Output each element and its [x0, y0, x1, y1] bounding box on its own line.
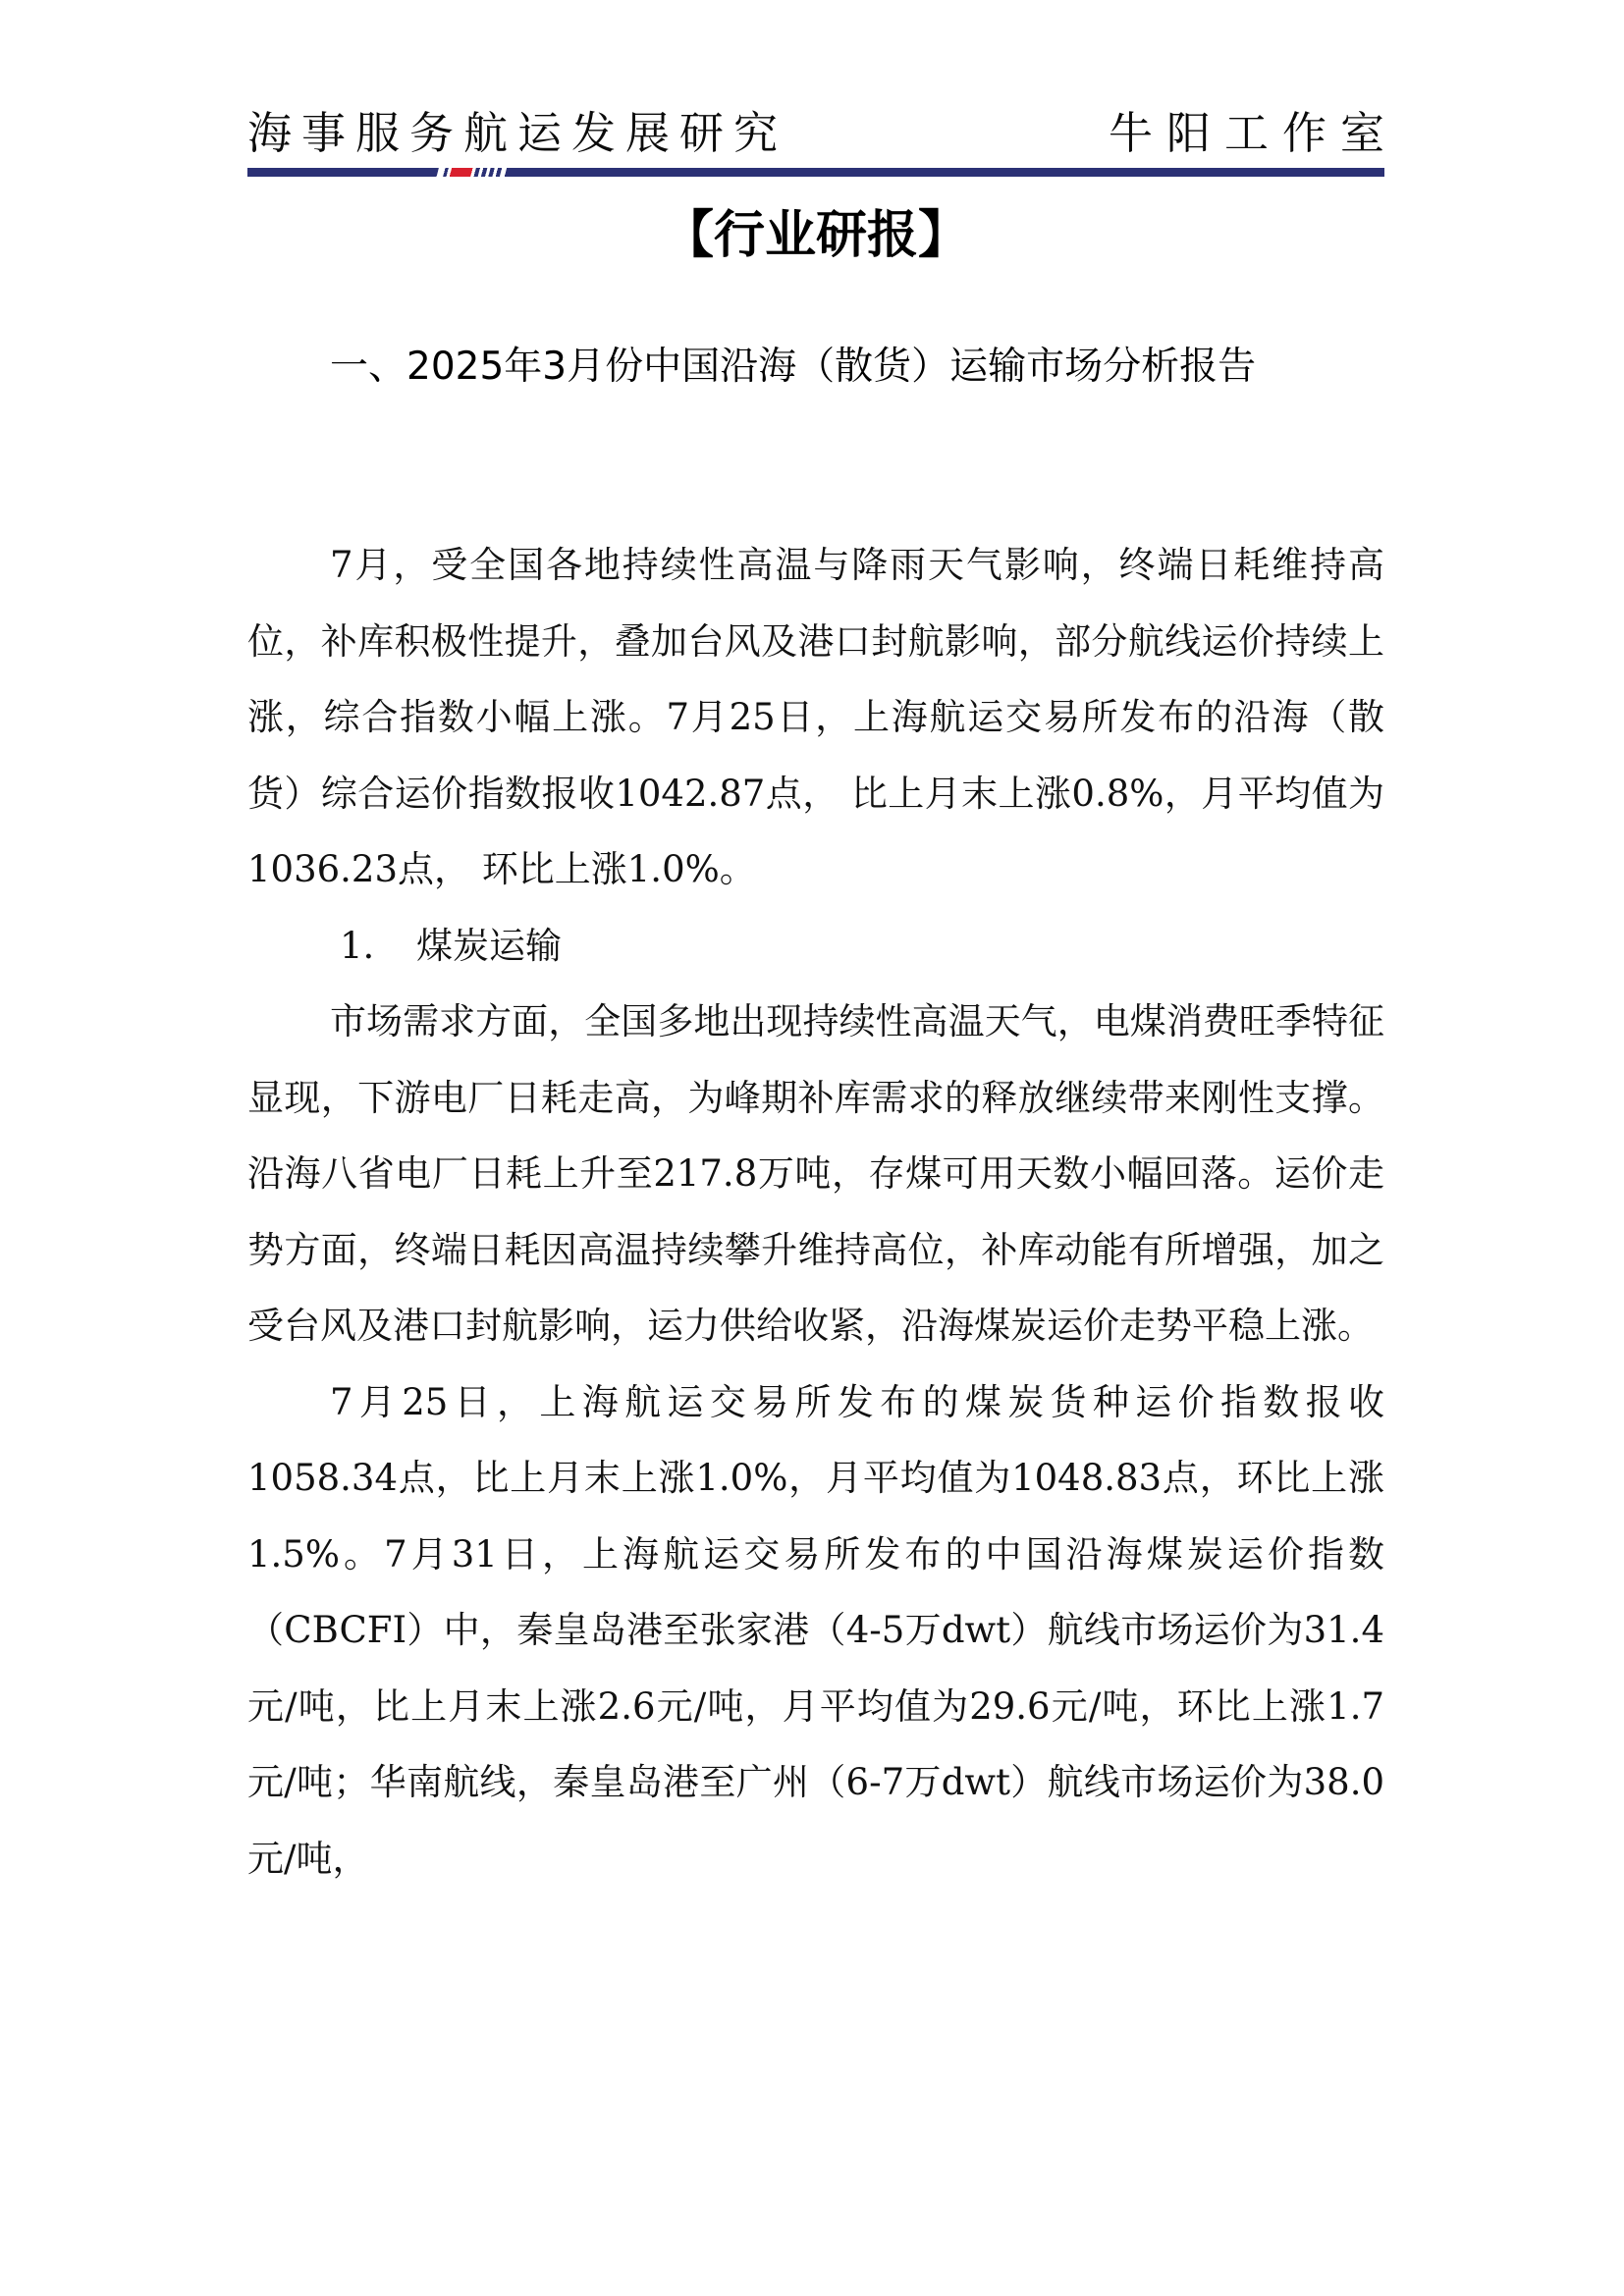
running-header: 海事服务航运发展研究 牛阳工作室	[247, 96, 1384, 155]
document-title: 【行业研报】	[247, 201, 1384, 270]
subsection-heading: 1.煤炭运输	[247, 908, 1384, 985]
subsection-number: 1.	[340, 908, 416, 985]
header-rule-accent-stripes	[434, 168, 513, 177]
document-body: 7月，受全国各地持续性高温与降雨天气影响，终端日耗维持高位，补库积极性提升，叠加…	[247, 527, 1384, 1896]
intro-paragraph: 7月，受全国各地持续性高温与降雨天气影响，终端日耗维持高位，补库积极性提升，叠加…	[247, 527, 1384, 908]
header-left-title: 海事服务航运发展研究	[247, 111, 787, 155]
coal-index-paragraph: 7月25日，上海航运交易所发布的煤炭货种运价指数报收1058.34点，比上月末上…	[247, 1364, 1384, 1897]
coal-market-paragraph: 市场需求方面，全国多地出现持续性高温天气，电煤消费旺季特征显现，下游电厂日耗走高…	[247, 984, 1384, 1364]
header-right-title: 牛阳工作室	[1109, 111, 1398, 155]
header-rule-divider	[247, 168, 1384, 177]
subsection-title: 煤炭运输	[416, 925, 562, 967]
section-heading: 一、2025年3月份中国沿海（散货）运输市场分析报告	[247, 329, 1384, 404]
